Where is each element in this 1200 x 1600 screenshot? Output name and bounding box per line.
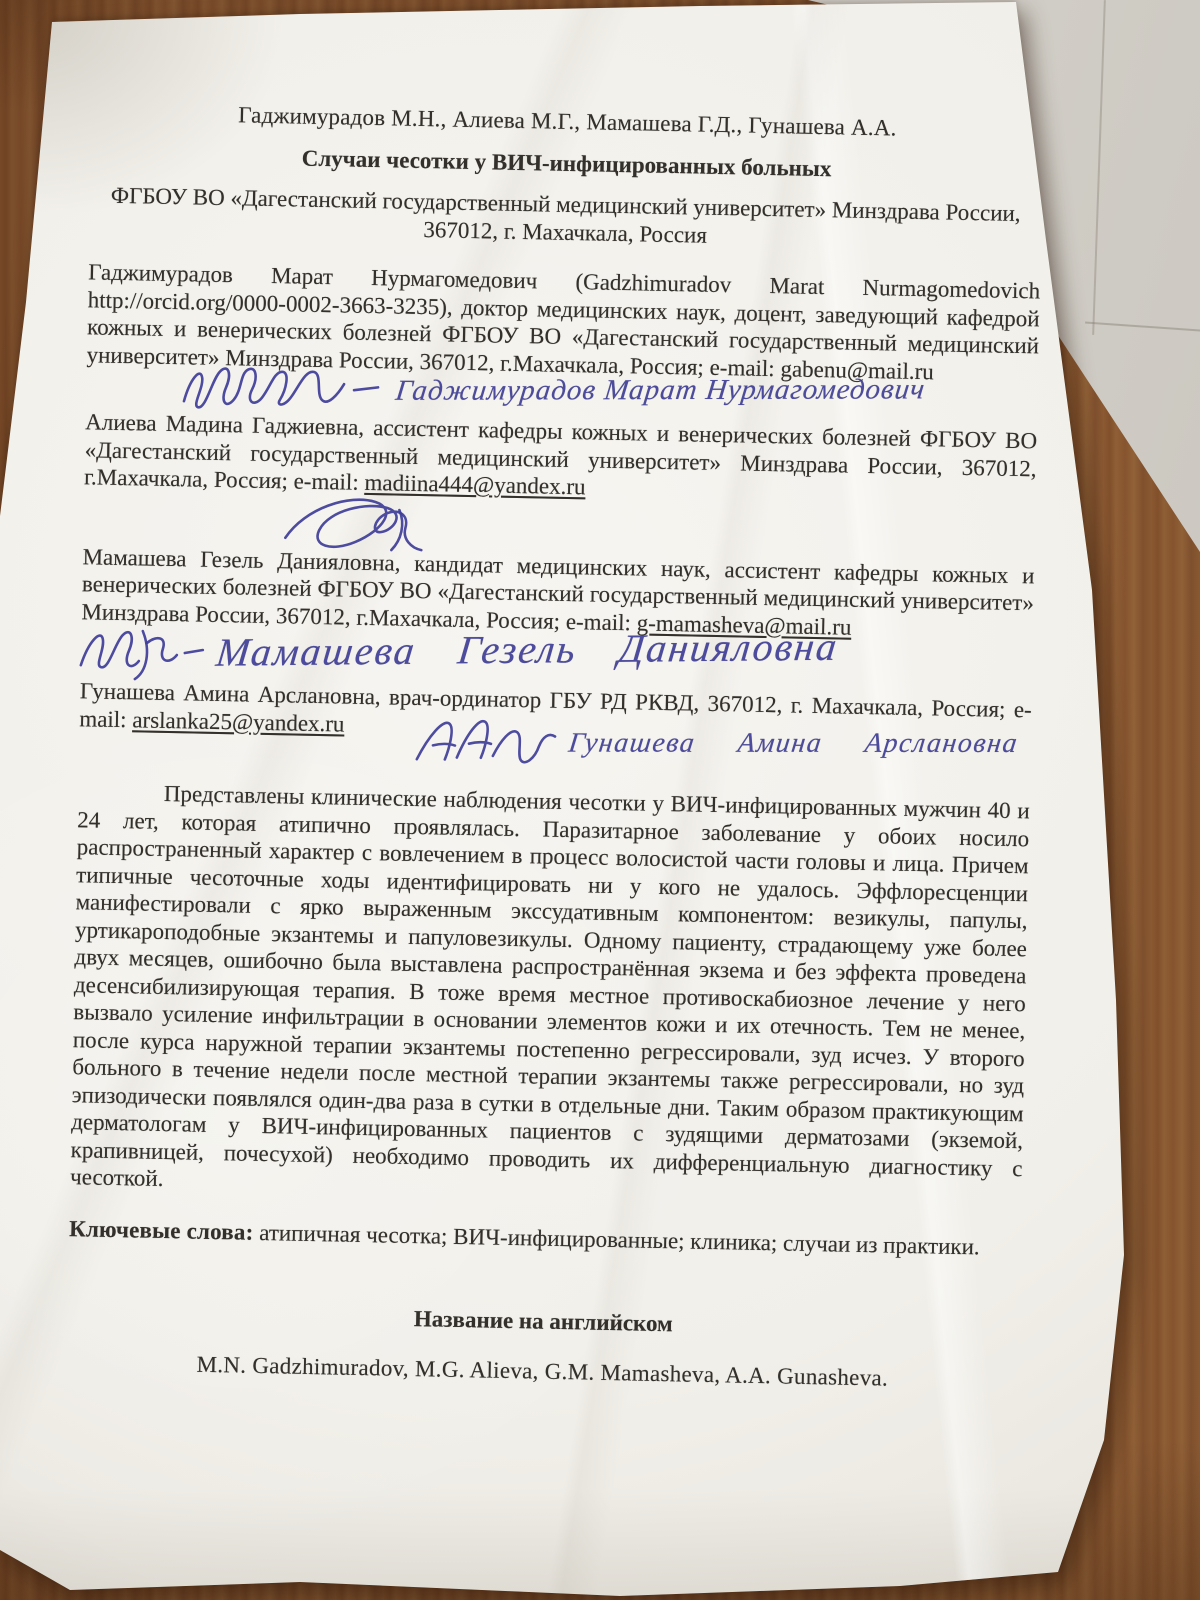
signature-alieva: [273, 493, 1035, 553]
signature-gunasheva-name: Гунашева Амина Арслановна: [567, 730, 1020, 758]
document-paper-shadow: Гаджимурадов М.Н., Алиева М.Г., Мамашева…: [0, 0, 1200, 1600]
signature-scribble-icon: [176, 359, 386, 418]
signature-scribble-icon: [71, 619, 207, 681]
affiliation: ФГБОУ ВО «Дагестанский государственный м…: [89, 181, 1042, 255]
keywords-line: Ключевые слова: атипичная чесотка; ВИЧ-и…: [69, 1215, 1021, 1262]
document-content: Гаджимурадов М.Н., Алиева М.Г., Мамашева…: [66, 84, 1044, 1394]
email-arslanka25: arslanka25@yandex.ru: [132, 707, 345, 736]
signature-scribble-icon: [273, 493, 463, 551]
signature-mamasheva-name: Мамашева Гезель Данияловна: [215, 633, 840, 666]
document-paper: Гаджимурадов М.Н., Алиева М.Г., Мамашева…: [0, 0, 1200, 1600]
english-section-heading: Название на английском: [67, 1298, 1019, 1345]
keywords-text: атипичная чесотка; ВИЧ-инфицированные; к…: [253, 1219, 980, 1259]
signature-gadzhimuradov: Гаджимурадов Марат Нурмагомедович: [176, 360, 1038, 421]
signature-gadzhimuradov-name: Гаджимурадов Марат Нурмагомедович: [394, 377, 927, 406]
signature-gunasheva: Гунашева Амина Арслановна: [409, 708, 1032, 778]
authors-line: Гаджимурадов М.Н., Алиева М.Г., Мамашева…: [91, 98, 1043, 145]
affiliation-line-2: 367012, г. Махачкала, Россия: [423, 217, 707, 248]
english-authors-line: M.N. Gadzhimuradov, M.G. Alieva, G.M. Ma…: [66, 1348, 1018, 1395]
photo-scene: Гаджимурадов М.Н., Алиева М.Г., Мамашева…: [0, 0, 1200, 1600]
abstract-paragraph: Представлены клинические наблюдения чесо…: [70, 778, 1030, 1210]
keywords-label: Ключевые слова:: [69, 1216, 254, 1245]
signature-mamasheva: Мамашева Гезель Данияловна: [71, 618, 1033, 681]
signature-scribble-icon: [409, 709, 560, 772]
article-title: Случаи чесотки у ВИЧ-инфицированных боль…: [90, 140, 1042, 187]
